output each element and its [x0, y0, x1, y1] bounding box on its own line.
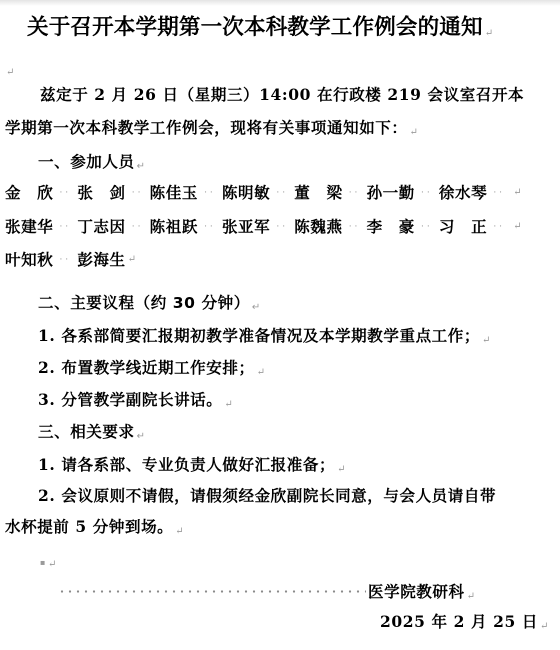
- paragraph-mark-icon: ↵: [485, 28, 494, 39]
- requirement-text: 水杯提前 5 分钟到场。: [5, 517, 173, 536]
- section-heading-requirements: 三、相关要求↵: [38, 422, 146, 447]
- agenda-item-1: 1. 各系部简要汇报期初教学准备情况及本学期教学重点工作；↵: [38, 326, 491, 351]
- attendee-name: 张建华: [5, 217, 53, 237]
- title-text: 关于召开本学期第一次本科教学工作例会的通知: [27, 15, 483, 40]
- paragraph-mark-icon: ↵: [513, 183, 522, 203]
- paragraph-mark-icon: ↵: [257, 367, 266, 378]
- page-top-shadow: [0, 0, 560, 6]
- section-heading-attendees: 一、参加人员↵: [38, 152, 146, 177]
- paragraph-mark-icon: ↵: [137, 431, 146, 442]
- attendee-name: 陈明敏: [222, 183, 270, 203]
- attendee-name: 董 梁: [294, 183, 342, 203]
- requirement-item-1: 1. 请各系部、专业负责人做好汇报准备；↵: [38, 455, 346, 480]
- requirement-item-2-continuation: 水杯提前 5 分钟到场。↵: [5, 517, 184, 542]
- space-marks: ··: [198, 183, 222, 203]
- intro-line-2: 学期第一次本科教学工作例会，现将有关事项通知如下：↵: [5, 118, 419, 143]
- space-marks: ··: [343, 183, 367, 203]
- requirement-item-2: 2. 会议原则不请假，请假须经金欣副院长同意，与会人员请自带: [38, 486, 496, 506]
- paragraph-mark-icon: ↵: [482, 335, 491, 346]
- attendee-name: 陈祖跃: [150, 217, 198, 237]
- space-marks: ··: [126, 217, 150, 237]
- attendee-name: 陈佳玉: [150, 183, 198, 203]
- attendee-name: 孙一勤: [367, 183, 415, 203]
- attendee-name: 陈魏燕: [294, 217, 342, 237]
- space-marks: ··: [53, 217, 77, 237]
- paragraph-mark-icon: ↵: [224, 399, 233, 410]
- space-marks: ··: [126, 183, 150, 203]
- empty-paragraph: ▪↵: [40, 550, 57, 575]
- paragraph-mark-icon: ↵: [467, 591, 476, 602]
- attendee-row-1: 金 欣·· 张 剑·· 陈佳玉·· 陈明敏·· 董 梁·· 孙一勤·· 徐水琴·…: [5, 183, 522, 203]
- attendee-name: 金 欣: [5, 183, 53, 203]
- space-marks: ··: [487, 217, 511, 237]
- heading-text: 一、参加人员: [38, 153, 135, 171]
- space-marks: ··: [487, 183, 511, 203]
- attendee-row-3: 叶知秋·· 彭海生↵: [5, 250, 137, 270]
- intro-text: 学期第一次本科教学工作例会，现将有关事项通知如下：: [5, 118, 408, 137]
- agenda-text: 3. 分管教学副院长讲话。: [38, 390, 222, 409]
- space-mark: ▪: [40, 557, 46, 567]
- space-marks: ··: [198, 217, 222, 237]
- agenda-item-2: 2. 布置教学线近期工作安排；↵: [38, 358, 266, 383]
- paragraph-mark-icon: ↵: [175, 526, 184, 537]
- attendee-name: 徐水琴: [439, 183, 487, 203]
- document-title: 关于召开本学期第一次本科教学工作例会的通知↵: [27, 14, 493, 48]
- attendee-name: 张亚军: [222, 217, 270, 237]
- space-marks: ··: [53, 250, 77, 270]
- heading-text: 三、相关要求: [38, 423, 135, 441]
- dotted-leader: [58, 590, 366, 593]
- attendee-name: 习 正: [439, 217, 487, 237]
- attendee-name: 彭海生: [77, 250, 125, 270]
- agenda-text: 2. 布置教学线近期工作安排；: [38, 358, 255, 377]
- section-heading-agenda: 二、主要议程（约 30 分钟）↵: [38, 293, 261, 318]
- paragraph-mark-icon: ↵: [48, 559, 57, 570]
- intro-line-1: 兹定于 2 月 26 日（星期三）14:00 在行政楼 219 会议室召开本: [40, 85, 524, 105]
- signature-department: 医学院教研科↵: [368, 582, 476, 607]
- space-marks: ··: [53, 183, 77, 203]
- department-text: 医学院教研科: [368, 582, 465, 601]
- space-marks: ··: [343, 217, 367, 237]
- paragraph-mark-icon: ↵: [128, 250, 137, 270]
- attendee-name: 叶知秋: [5, 250, 53, 270]
- signature-date: 2025 年 2 月 25 日↵: [380, 612, 549, 637]
- agenda-item-3: 3. 分管教学副院长讲话。↵: [38, 390, 233, 415]
- space-marks: ··: [415, 217, 439, 237]
- date-text: 2025 年 2 月 25 日: [380, 612, 538, 631]
- attendee-name: 李 豪: [367, 217, 415, 237]
- requirement-text: 1. 请各系部、专业负责人做好汇报准备；: [38, 455, 335, 474]
- attendee-row-2: 张建华·· 丁志因·· 陈祖跃·· 张亚军·· 陈魏燕·· 李 豪·· 习 正·…: [5, 217, 522, 237]
- attendee-name: 丁志因: [77, 217, 125, 237]
- space-marks: ··: [415, 183, 439, 203]
- paragraph-mark-icon: ↵: [410, 127, 419, 138]
- empty-paragraph: ↵: [4, 58, 15, 83]
- heading-text: 二、主要议程（约 30 分钟）: [38, 294, 250, 312]
- space-marks: ··: [270, 217, 294, 237]
- paragraph-mark-icon: ↵: [6, 67, 15, 78]
- space-marks: ··: [270, 183, 294, 203]
- attendee-name: 张 剑: [77, 183, 125, 203]
- paragraph-mark-icon: ↵: [513, 217, 522, 237]
- paragraph-mark-icon: ↵: [337, 464, 346, 475]
- agenda-text: 1. 各系部简要汇报期初教学准备情况及本学期教学重点工作；: [38, 326, 480, 345]
- paragraph-mark-icon: ↵: [252, 302, 261, 313]
- paragraph-mark-icon: ↵: [540, 621, 549, 632]
- paragraph-mark-icon: ↵: [137, 161, 146, 172]
